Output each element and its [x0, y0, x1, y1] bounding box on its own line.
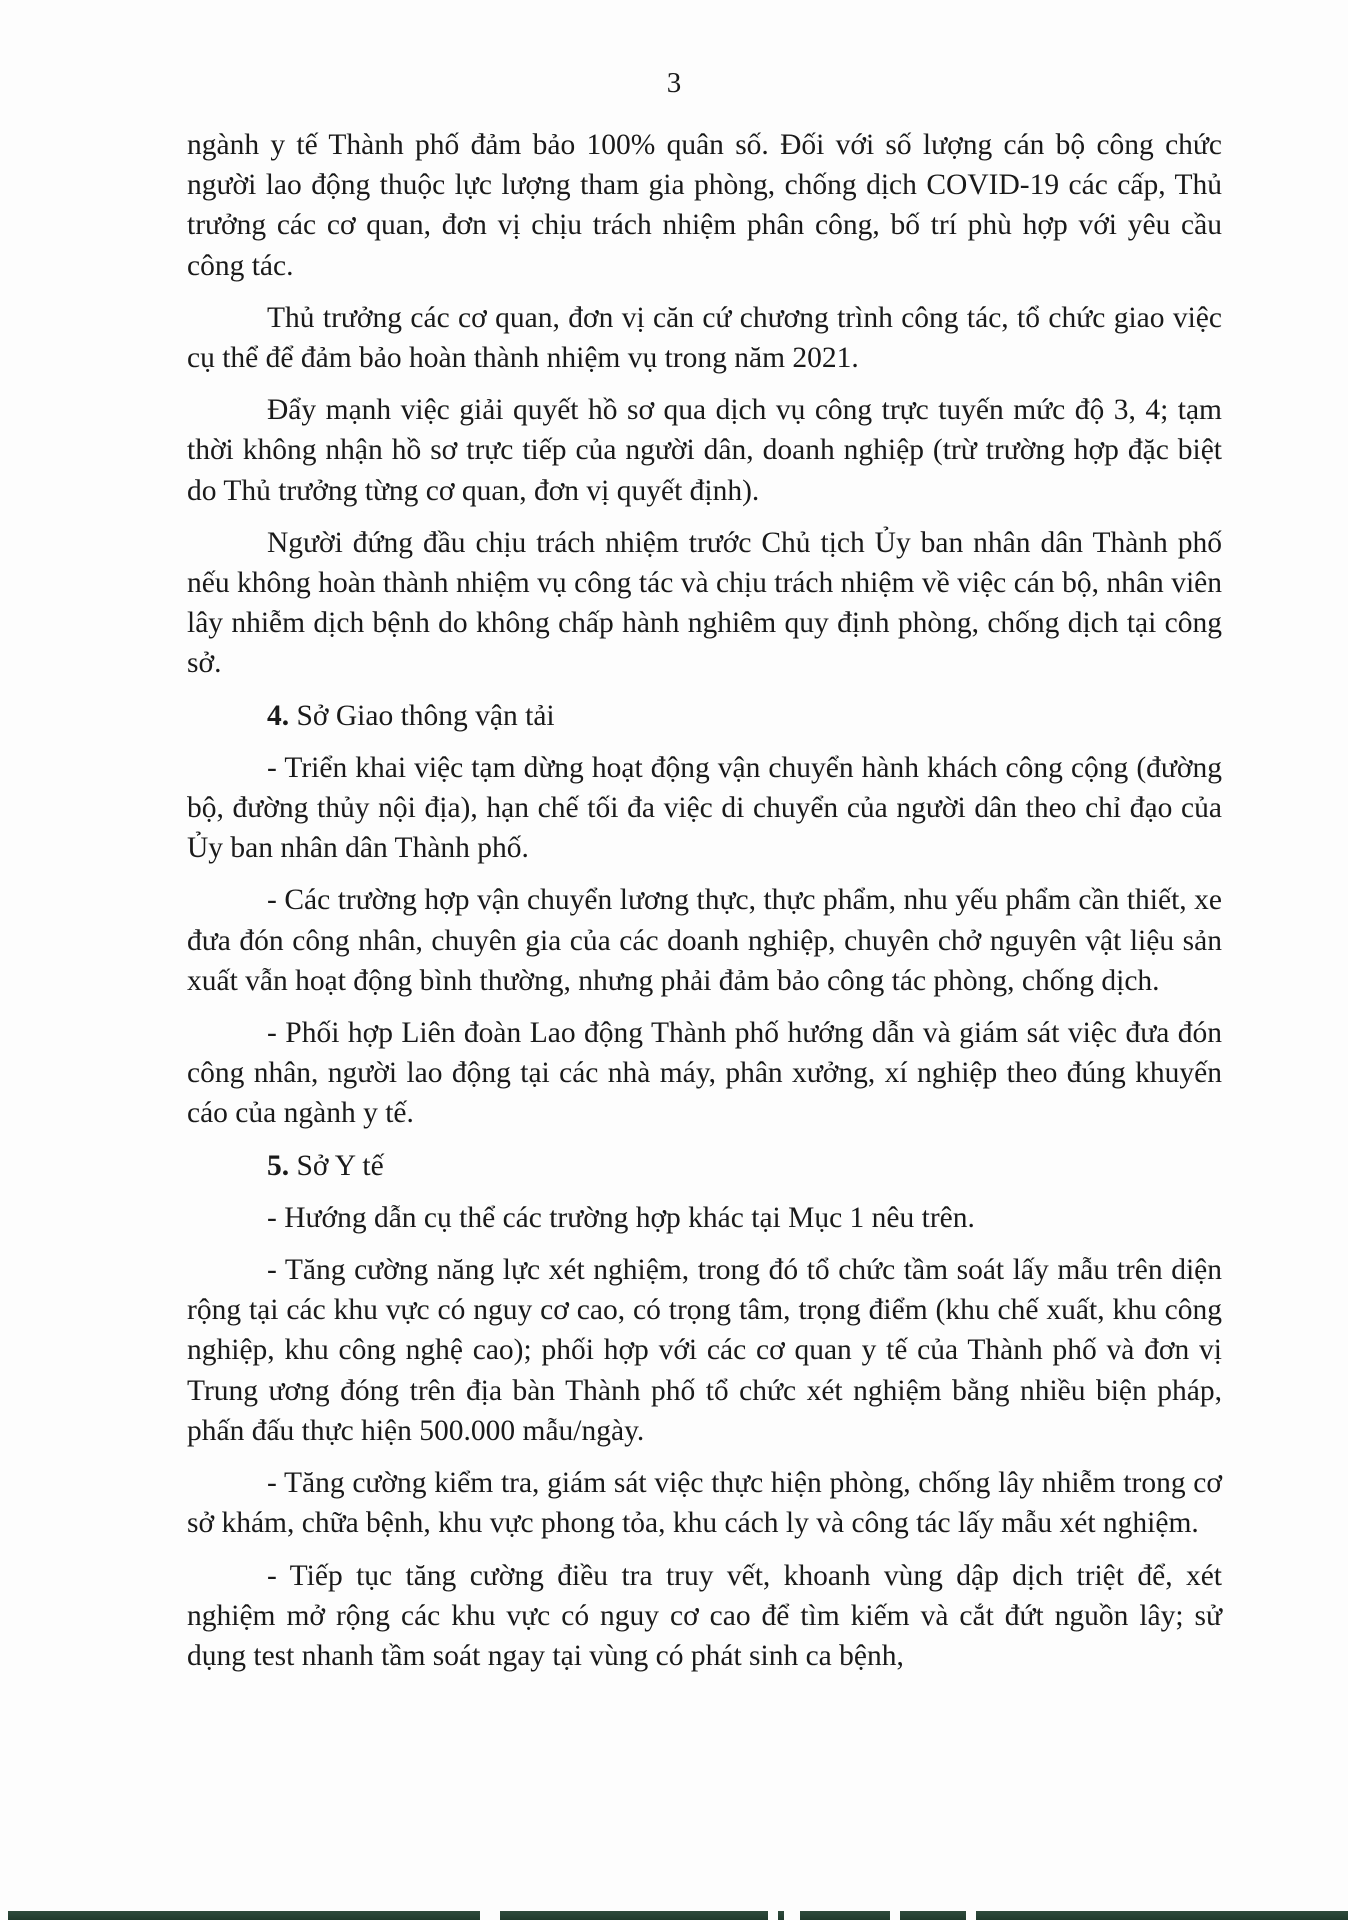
paragraph-health-contact-tracing: - Tiếp tục tăng cường điều tra truy vết,… [187, 1556, 1222, 1677]
scanner-bar-segment [8, 1911, 480, 1920]
paragraph-health-guidance: - Hướng dẫn cụ thể các trường hợp khác t… [187, 1198, 1222, 1238]
section-title: Sở Y tế [289, 1150, 384, 1182]
paragraph-head-responsibility: Người đứng đầu chịu trách nhiệm trước Ch… [187, 523, 1222, 684]
section-heading-health: 5. Sở Y tế [187, 1146, 1222, 1186]
paragraph-online-public-services: Đẩy mạnh việc giải quyết hồ sơ qua dịch … [187, 390, 1222, 511]
paragraph-transport-labor-federation: - Phối hợp Liên đoàn Lao động Thành phố … [187, 1013, 1222, 1134]
page-number: 3 [0, 66, 1348, 100]
paragraph-transport-exceptions: - Các trường hợp vận chuyển lương thực, … [187, 880, 1222, 1001]
section-number: 4. [267, 700, 289, 732]
scanner-bar-segment [778, 1911, 784, 1920]
paragraph-health-inspection: - Tăng cường kiểm tra, giám sát việc thự… [187, 1463, 1222, 1543]
scanner-bar-segment [800, 1911, 890, 1920]
scanner-bar-segment [900, 1911, 966, 1920]
document-page: 3 ngành y tế Thành phố đảm bảo 100% quân… [0, 0, 1348, 1920]
scanner-edge-bar [0, 1911, 1348, 1920]
scanner-bar-segment [976, 1911, 1348, 1920]
paragraph-transport-suspend: - Triển khai việc tạm dừng hoạt động vận… [187, 748, 1222, 869]
document-body: ngành y tế Thành phố đảm bảo 100% quân s… [187, 125, 1222, 1688]
paragraph-staffing-continuation: ngành y tế Thành phố đảm bảo 100% quân s… [187, 125, 1222, 286]
section-number: 5. [267, 1150, 289, 1182]
section-title: Sở Giao thông vận tải [289, 700, 555, 732]
paragraph-work-assignment: Thủ trưởng các cơ quan, đơn vị căn cứ ch… [187, 298, 1222, 378]
paragraph-health-testing-capacity: - Tăng cường năng lực xét nghiệm, trong … [187, 1250, 1222, 1451]
section-heading-transport: 4. Sở Giao thông vận tải [187, 696, 1222, 736]
scanner-bar-segment [500, 1911, 768, 1920]
